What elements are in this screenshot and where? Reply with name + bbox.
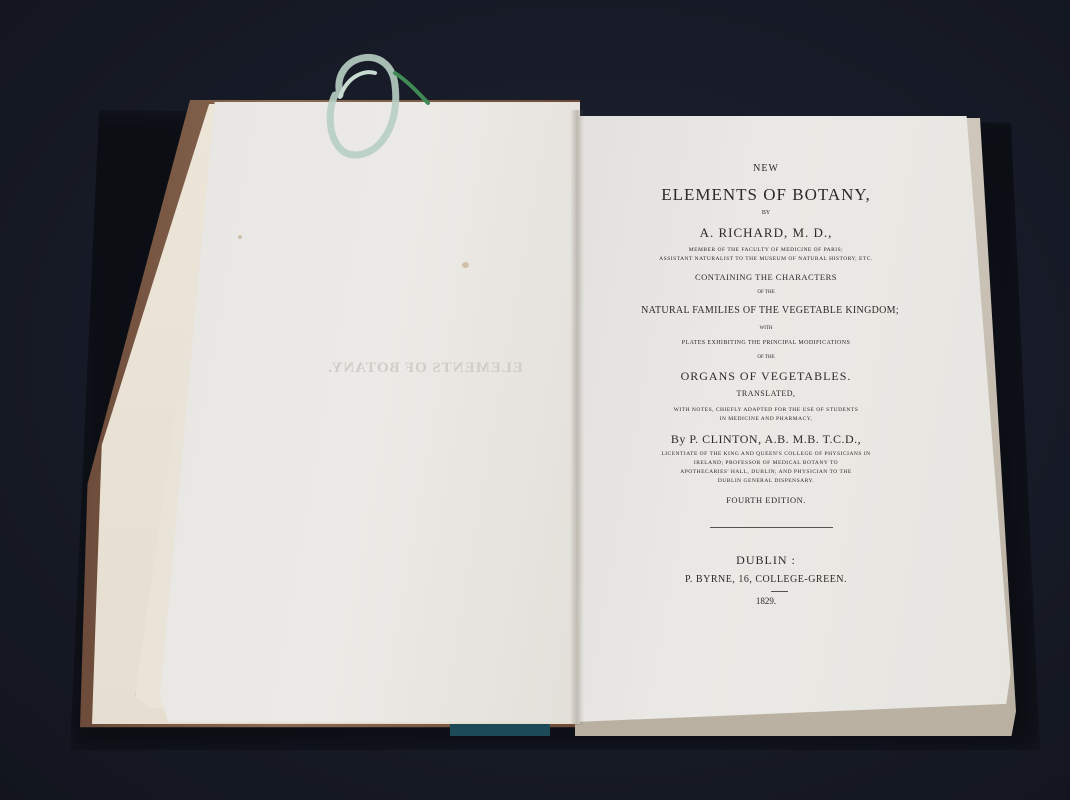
book-title: ELEMENTS OF BOTANY, [606,185,926,205]
notes-lines: WITH NOTES, CHIEFLY ADAPTED FOR THE USE … [606,406,926,424]
translated-line: TRANSLATED, [606,389,926,398]
foxing-spot [238,235,242,239]
foxing-spot [462,262,469,268]
photo-scene: ELEMENTS OF BOTANY. NEW ELEMENTS OF BOTA… [0,0,1070,800]
title-by: BY [606,210,926,216]
credential-line: APOTHECARIES' HALL, DUBLIN; AND PHYSICIA… [606,468,926,477]
author-name: A. RICHARD, M. D., [606,225,926,241]
notes-line: WITH NOTES, CHIEFLY ADAPTED FOR THE USE … [606,406,926,415]
organs-line: ORGANS OF VEGETABLES. [606,369,926,384]
translator-name: By P. CLINTON, A.B. M.B. T.C.D., [606,432,926,447]
plates-line: PLATES EXHIBITING THE PRINCIPAL MODIFICA… [606,340,926,346]
divider-rule [710,527,833,528]
translator-credentials: LICENTIATE OF THE KING AND QUEEN'S COLLE… [606,450,926,486]
edition-line: FOURTH EDITION. [606,495,926,505]
book-gutter [570,110,584,725]
short-rule [771,591,788,592]
containing-line: CONTAINING THE CHARACTERS [606,272,926,282]
title-line-new: NEW [606,163,926,174]
credential-line: DUBLIN GENERAL DISPENSARY. [606,477,926,486]
credential-line: LICENTIATE OF THE KING AND QUEEN'S COLLE… [606,450,926,459]
affiliation-line: ASSISTANT NATURALIST TO THE MUSEUM OF NA… [606,255,926,264]
of-the-line: OF THE [606,290,926,295]
with-line: WITH [606,326,926,331]
imprint-publisher: P. BYRNE, 16, COLLEGE-GREEN. [606,574,926,585]
imprint-year: 1829. [606,596,926,606]
bookmark-loop-icon [310,45,450,165]
left-page [160,102,580,722]
credential-line: IRELAND; PROFESSOR OF MEDICAL BOTANY TO [606,459,926,468]
natural-families-line: NATURAL FAMILIES OF THE VEGETABLE KINGDO… [600,305,940,316]
author-affiliation: MEMBER OF THE FACULTY OF MEDICINE OF PAR… [606,246,926,264]
notes-line: IN MEDICINE AND PHARMACY, [606,415,926,424]
of-the-line: OF THE [606,355,926,360]
imprint-city: DUBLIN : [606,553,926,568]
bleed-through-text: ELEMENTS OF BOTANY. [300,360,550,377]
affiliation-line: MEMBER OF THE FACULTY OF MEDICINE OF PAR… [606,246,926,255]
